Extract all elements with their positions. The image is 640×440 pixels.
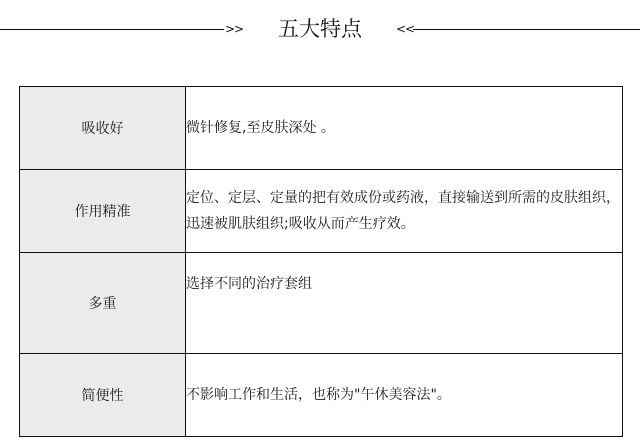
table-row: 作用精准 定位、定层、定量的把有效成份或药液，直接输送到所需的皮肤组织，迅速被肌… bbox=[20, 170, 623, 253]
divider-line-right bbox=[413, 29, 640, 30]
features-table: 吸收好 微针修复,至皮肤深处 。 作用精准 定位、定层、定量的把有效成份或药液，… bbox=[19, 86, 623, 437]
table-row: 多重 选择不同的治疗套组 bbox=[20, 253, 623, 354]
table-row: 简便性 不影响工作和生活，也称为"午休美容法"。 bbox=[20, 354, 623, 437]
feature-name: 简便性 bbox=[20, 354, 186, 437]
feature-description: 选择不同的治疗套组 bbox=[186, 253, 623, 354]
section-title: 五大特点 bbox=[250, 14, 390, 44]
double-chevron-right-icon: >> bbox=[225, 20, 243, 38]
feature-description: 定位、定层、定量的把有效成份或药液，直接输送到所需的皮肤组织，迅速被肌肤组织;吸… bbox=[186, 170, 623, 253]
feature-name: 吸收好 bbox=[20, 87, 186, 170]
section-header: >> 五大特点 << bbox=[0, 0, 640, 60]
feature-name: 多重 bbox=[20, 253, 186, 354]
table-row: 吸收好 微针修复,至皮肤深处 。 bbox=[20, 87, 623, 170]
feature-description: 微针修复,至皮肤深处 。 bbox=[186, 87, 623, 170]
divider-line-left bbox=[0, 29, 224, 30]
feature-name: 作用精准 bbox=[20, 170, 186, 253]
feature-description: 不影响工作和生活，也称为"午休美容法"。 bbox=[186, 354, 623, 437]
double-chevron-left-icon: << bbox=[396, 20, 414, 38]
